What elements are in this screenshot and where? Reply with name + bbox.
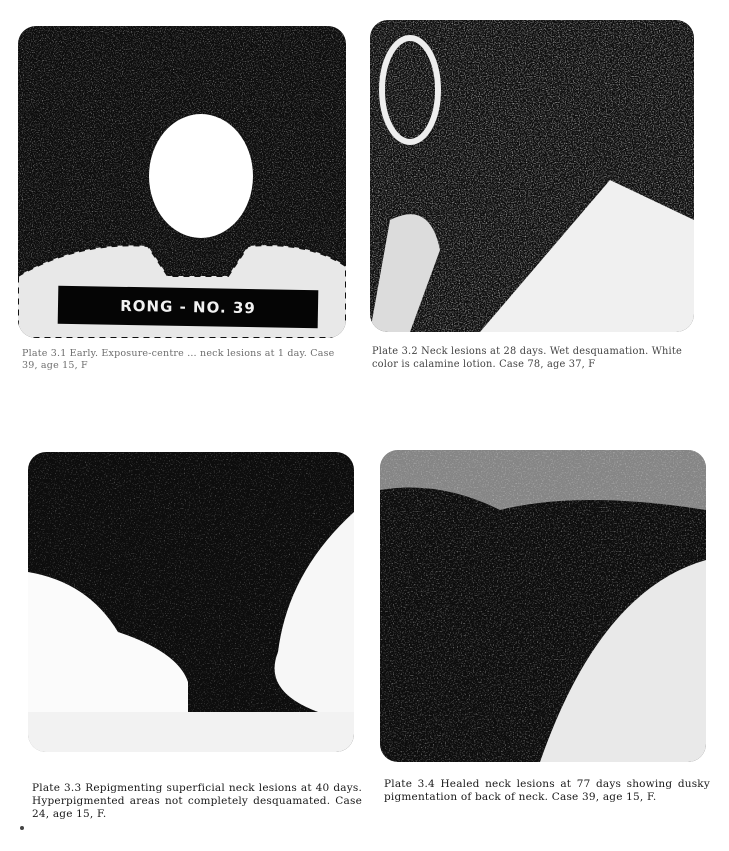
plate-3-1-photo: RONG - NO. 39 — [18, 26, 346, 338]
photo-texture — [370, 20, 694, 332]
identification-board: RONG - NO. 39 — [58, 286, 319, 329]
plate-3-3-caption: Plate 3.3 Repigmenting superficial neck … — [32, 782, 362, 821]
photo-texture — [380, 450, 706, 762]
stray-mark — [20, 826, 24, 830]
identification-board-text: RONG - NO. 39 — [120, 297, 256, 317]
photo-texture — [28, 452, 354, 752]
plate-3-2-caption: Plate 3.2 Neck lesions at 28 days. Wet d… — [372, 346, 702, 371]
plate-3-3-photo — [28, 452, 354, 752]
plate-3-4-caption: Plate 3.4 Healed neck lesions at 77 days… — [384, 778, 710, 804]
plate-3-2-photo — [370, 20, 694, 332]
plate-3-1-caption: Plate 3.1 Early. Exposure-centre … neck … — [22, 348, 340, 372]
plate-3-4-photo — [380, 450, 706, 762]
